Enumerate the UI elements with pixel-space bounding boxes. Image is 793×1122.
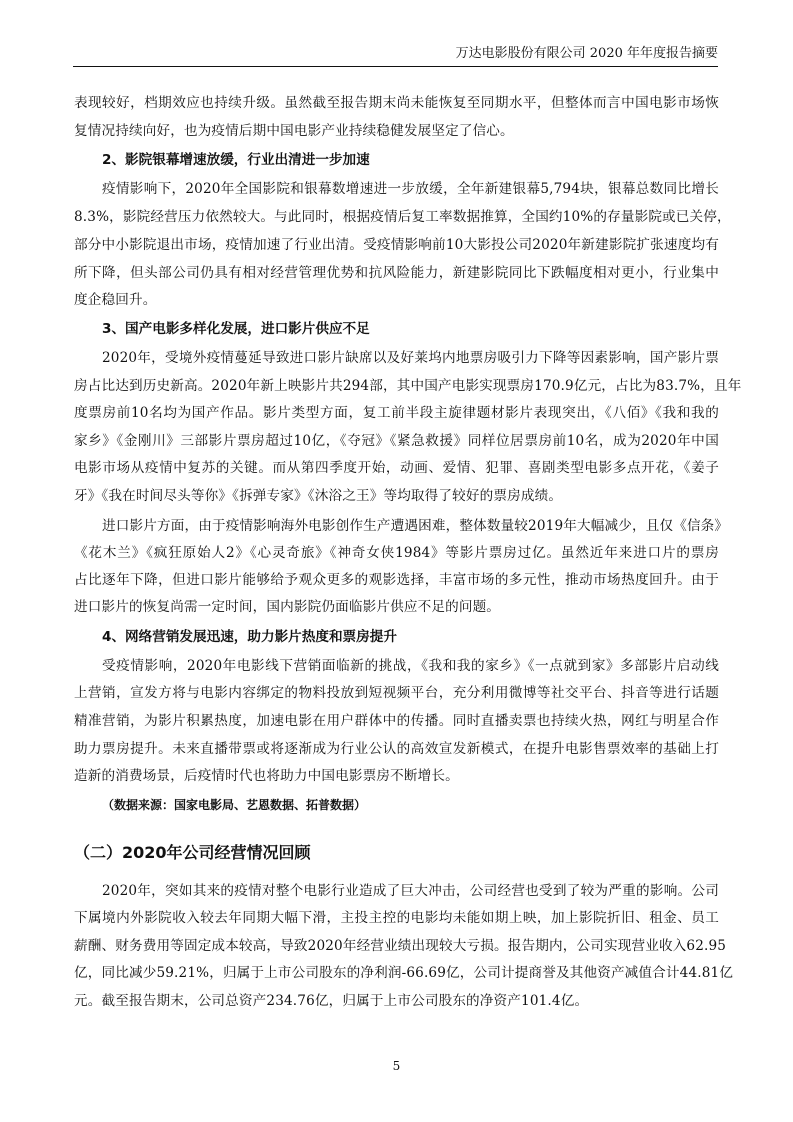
paragraph-line: 《花木兰》《疯狂原始人2》《心灵奇旅》《神奇女侠1984》等影片票房过亿。虽然近… — [74, 544, 719, 562]
paragraph-line: 上营销，宣发方将与电影内容绑定的物料投放到短视频平台，充分利用微博等社交平台、抖… — [74, 684, 719, 702]
report-title: 万达电影股份有限公司 2020 年年度报告摘要 — [456, 46, 718, 61]
paragraph-line: 部分中小影院退出市场，疫情加速了行业出清。受疫情影响前10大影投公司2020年新… — [74, 236, 719, 254]
paragraph-line: 精准营销，为影片积累热度，加速电影在用户群体中的传播。同时直播卖票也持续火热，网… — [74, 712, 719, 730]
paragraph-line: 薪酬、财务费用等固定成本较高，导致2020年经营业绩出现较大亏损。报告期内，公司… — [74, 937, 719, 955]
data-source-note: （数据来源：国家电影局、艺恩数据、拓普数据） — [102, 796, 366, 814]
paragraph-line: 牙》《我在时间尽头等你》《拆弹专家》《沐浴之王》等均取得了较好的票房成绩。 — [74, 487, 719, 505]
paragraph-line: 家乡》《金刚川》三部影片票房超过10亿，《夺冠》《紧急救援》同样位居票房前10名… — [74, 432, 719, 450]
section-title: （二）2020年公司经营情况回顾 — [74, 842, 311, 864]
paragraph-line: 电影市场从疫情中复苏的关键。而从第四季度开始，动画、爱情、犯罪、喜剧类型电影多点… — [74, 459, 719, 477]
paragraph-line: 度企稳回升。 — [74, 291, 719, 309]
paragraph-line: 复情况持续向好，也为疫情后期中国电影产业持续稳健发展坚定了信心。 — [74, 122, 719, 140]
subsection-heading: 4、网络营销发展迅速，助力影片热度和票房提升 — [102, 628, 397, 646]
paragraph-line: 占比逐年下降，但进口影片能够给予观众更多的观影选择，丰富市场的多元性，推动市场热… — [74, 571, 719, 589]
paragraph-line: 表现较好，档期效应也持续升级。虽然截至报告期末尚未能恢复至同期水平，但整体而言中… — [74, 94, 719, 112]
paragraph-line: 8.3%，影院经营压力依然较大。与此同时，根据疫情后复工率数据推算，全国约10%… — [74, 208, 719, 226]
subsection-heading: 3、国产电影多样化发展，进口影片供应不足 — [102, 320, 370, 338]
paragraph-line: 疫情影响下，2020年全国影院和银幕数增速进一步放缓，全年新建银幕5,794块，… — [102, 180, 719, 198]
paragraph-line: 2020年，受境外疫情蔓延导致进口影片缺席以及好莱坞内地票房吸引力下降等因素影响… — [102, 349, 719, 367]
paragraph-line: 元。截至报告期末，公司总资产234.76亿，归属于上市公司股东的净资产101.4… — [74, 992, 719, 1010]
paragraph-line: 亿，同比减少59.21%，归属于上市公司股东的净利润-66.69亿，公司计提商誉… — [74, 964, 719, 982]
paragraph-line: 房占比达到历史新高。2020年新上映影片共294部，其中国产电影实现票房170.… — [74, 377, 719, 395]
paragraph-line: 2020年，突如其来的疫情对整个电影行业造成了巨大冲击，公司经营也受到了较为严重… — [102, 882, 719, 900]
subsection-heading: 2、影院银幕增速放缓，行业出清进一步加速 — [102, 151, 370, 169]
paragraph-line: 助力票房提升。未来直播带票或将逐渐成为行业公认的高效宣发新模式，在提升电影售票效… — [74, 740, 719, 758]
page-number: 5 — [0, 1058, 793, 1074]
paragraph-line: 造新的消费场景，后疫情时代也将助力中国电影票房不断增长。 — [74, 767, 719, 785]
page-header: 万达电影股份有限公司 2020 年年度报告摘要 — [73, 44, 718, 67]
paragraph-line: 受疫情影响，2020年电影线下营销面临新的挑战，《我和我的家乡》《一点就到家》多… — [102, 657, 719, 675]
paragraph-line: 度票房前10名均为国产作品。影片类型方面，复工前半段主旋律题材影片表现突出，《八… — [74, 404, 719, 422]
paragraph-line: 下属境内外影院收入较去年同期大幅下滑，主投主控的电影均未能如期上映，加上影院折旧… — [74, 909, 719, 927]
paragraph-line: 所下降，但头部公司仍具有相对经营管理优势和抗风险能力，新建影院同比下跌幅度相对更… — [74, 264, 719, 282]
paragraph-line: 进口影片方面，由于疫情影响海外电影创作生产遭遇困难，整体数量较2019年大幅减少… — [102, 517, 719, 535]
paragraph-line: 进口影片的恢复尚需一定时间，国内影院仍面临影片供应不足的问题。 — [74, 598, 719, 616]
